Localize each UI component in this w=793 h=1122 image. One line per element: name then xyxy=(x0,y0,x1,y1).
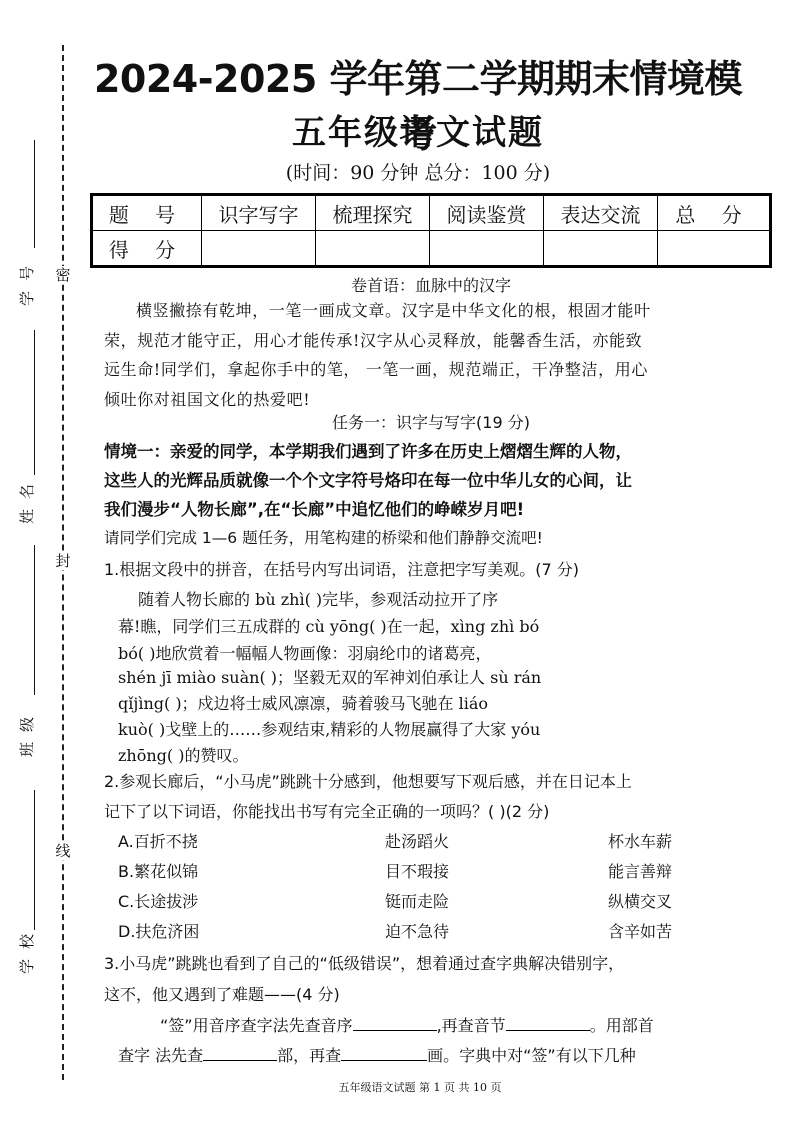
q2-option-c-word2: 铤而走险 xyxy=(385,889,449,912)
score-cell[interactable] xyxy=(316,231,430,267)
student-id-label: 学号 xyxy=(16,284,38,306)
page-footer: 五年级语文试题 第 1 页 共 10 页 xyxy=(280,1079,560,1095)
task1-instruction: 请同学们完成 1—6 题任务，用笔构建的桥梁和他们静静交流吧! xyxy=(104,526,543,548)
column-header: 识字写字 xyxy=(202,195,316,231)
seal-char-mi: 密 xyxy=(54,266,72,284)
preface-line: 荣，规范才能守正，用心才能传承!汉字从心灵释放，能馨香生活，亦能致 xyxy=(104,326,749,356)
row-label-score: 得 分 xyxy=(92,231,202,267)
q3-blank-syllable[interactable] xyxy=(506,1016,590,1031)
q1-line: bó( )地欣赏着一幅幅人物画像：羽扇纶巾的诸葛亮， xyxy=(118,641,491,664)
name-line[interactable] xyxy=(34,330,35,475)
preface-line: 横竖撇捺有乾坤，一笔一画成文章。汉字是中华文化的根，根固才能叶 xyxy=(104,296,749,326)
q2-option-b-word2: 目不瑕接 xyxy=(385,859,449,882)
q2-option-a-word3: 杯水车薪 xyxy=(608,829,672,852)
q1-line: zhōng( )的赞叹。 xyxy=(118,743,249,766)
preface-title: 卷首语：血脉中的汉字 xyxy=(96,273,766,296)
preface-body: 横竖撇捺有乾坤，一笔一画成文章。汉字是中华文化的根，根固才能叶 荣，规范才能守正… xyxy=(104,296,749,414)
exam-subtitle: 五年级语文试题 xyxy=(88,105,748,154)
school-label: 学校 xyxy=(16,952,38,974)
q3-fill-line-1: “签”用音序查字法先查音序,再查音节。用部首 xyxy=(160,1013,654,1036)
q1-line: 幕!瞧，同学们三五成群的 cù yōng( )在一起，xìng zhì bó xyxy=(118,614,539,637)
column-header: 梳理探究 xyxy=(316,195,430,231)
seal-char-xian: 线 xyxy=(54,842,72,860)
score-cell[interactable] xyxy=(430,231,544,267)
q3-blank-radical[interactable] xyxy=(203,1046,277,1061)
q2-option-d-word3: 含辛如苦 xyxy=(608,919,672,942)
class-label: 班级 xyxy=(16,735,38,757)
context-line: 这些人的光辉品质就像一个个文字符号烙印在每一位中华儿女的心间，让 xyxy=(104,466,754,495)
q3-text: 部，再查 xyxy=(277,1046,341,1065)
q1-line: shén jī miào suàn( )；坚毅无双的军神刘伯承让人 sù rán xyxy=(118,665,541,688)
q3-text: “签”用音序查字法先查音序 xyxy=(160,1016,353,1035)
q2-option-b-word3: 能言善辩 xyxy=(608,859,672,882)
school-line[interactable] xyxy=(34,790,35,930)
q2-option-c[interactable]: C.长途拔涉 xyxy=(118,889,198,912)
q3-stem-line: 这不，他又遇到了难题——(4 分) xyxy=(104,982,340,1005)
student-id-line[interactable] xyxy=(34,140,35,248)
q2-stem-line: 记下了以下词语，你能找出书写有完全正确的一项吗？( )(2 分) xyxy=(104,799,549,822)
exam-meta: (时间：90 分钟 总分：100 分) xyxy=(88,158,748,185)
column-header: 表达交流 xyxy=(544,195,658,231)
q1-stem: 1.根据文段中的拼音，在括号内写出词语，注意把字写美观。(7 分) xyxy=(104,557,579,580)
class-line[interactable] xyxy=(34,545,35,695)
q2-option-c-word3: 纵横交叉 xyxy=(608,889,672,912)
context-line: 我们漫步“人物长廊”,在“长廊”中追忆他们的峥嵘岁月吧! xyxy=(104,495,754,524)
context-line: 情境一：亲爱的同学，本学期我们遇到了许多在历史上熠熠生辉的人物， xyxy=(104,437,754,466)
q3-text: 画。字典中对“签”有以下几种 xyxy=(427,1046,636,1065)
q3-blank-initial[interactable] xyxy=(353,1016,437,1031)
preface-line: 远生命!同学们，拿起你手中的笔， 一笔一画，规范端正，干净整洁，用心 xyxy=(104,355,749,385)
task1-title: 任务一：识字与写字(19 分) xyxy=(96,410,766,433)
score-cell[interactable] xyxy=(544,231,658,267)
q2-option-d[interactable]: D.扶危济困 xyxy=(118,919,199,942)
name-label: 姓名 xyxy=(16,502,38,524)
q3-fill-line-2: 查字 法先查部，再查画。字典中对“签”有以下几种 xyxy=(118,1043,636,1066)
score-table-header-row: 题 号 识字写字 梳理探究 阅读鉴赏 表达交流 总 分 xyxy=(92,195,771,231)
row-label-question-number: 题 号 xyxy=(92,195,202,231)
score-cell[interactable] xyxy=(202,231,316,267)
q1-line: kuò( )戈壁上的……参观结束,精彩的人物展赢得了大家 yóu xyxy=(118,717,540,740)
q3-text: 。用部首 xyxy=(590,1016,654,1035)
score-cell-total[interactable] xyxy=(658,231,771,267)
q3-blank-strokes[interactable] xyxy=(341,1046,427,1061)
q2-option-a-word2: 赴汤蹈火 xyxy=(385,829,449,852)
q3-stem-line: 3.小马虎”跳跳也看到了自己的“低级错误”，想着通过查字典解决错别字， xyxy=(104,951,624,974)
column-header: 阅读鉴赏 xyxy=(430,195,544,231)
q2-option-a[interactable]: A.百折不挠 xyxy=(118,829,198,852)
score-table-score-row: 得 分 xyxy=(92,231,771,267)
q1-line: qǐjìng( )；戍边将士威风凛凛，骑着骏马飞驰在 liáo xyxy=(118,691,488,714)
q2-option-d-word2: 迫不急待 xyxy=(385,919,449,942)
q2-stem-line: 2.参观长廊后，“小马虎”跳跳十分感到，他想要写下观后感，并在日记本上 xyxy=(104,769,632,792)
seal-char-feng: 封 xyxy=(54,552,72,570)
q3-text: 查字 法先查 xyxy=(118,1046,203,1065)
q1-line: 随着人物长廊的 bù zhì( )完毕，参观活动拉开了序 xyxy=(138,587,498,610)
q3-text: ,再查音节 xyxy=(437,1016,506,1035)
score-table: 题 号 识字写字 梳理探究 阅读鉴赏 表达交流 总 分 得 分 xyxy=(90,193,772,268)
q2-option-b[interactable]: B.繁花似锦 xyxy=(118,859,198,882)
task1-context: 情境一：亲爱的同学，本学期我们遇到了许多在历史上熠熠生辉的人物， 这些人的光辉品… xyxy=(104,437,754,524)
column-header-total: 总 分 xyxy=(658,195,771,231)
